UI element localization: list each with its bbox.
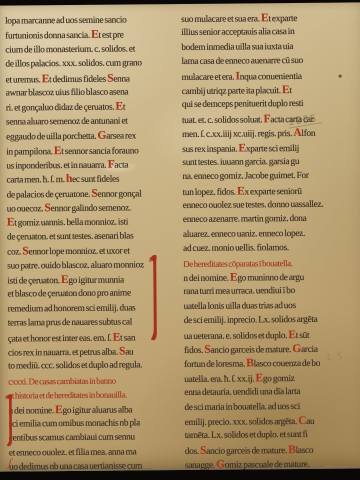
- rubricated-text: E: [54, 145, 61, 157]
- ink-text: in pampilona.: [6, 147, 54, 157]
- manuscript-text-line: centibus scamus cambiaui cum sennu: [9, 430, 174, 446]
- manuscript-text-line: uo dedimus nb una casa uertianisse cum: [9, 459, 174, 475]
- ink-text: fortun de loresma.: [184, 360, 246, 371]
- rubricated-text: E: [288, 329, 295, 341]
- rubricated-text: G: [216, 459, 225, 471]
- manuscript-text-line: remedium ad honorem sci emilij. duas: [8, 301, 173, 317]
- ink-text: men. ſ. c.xx.iiij xc.uiij. regis. pris.: [182, 129, 293, 140]
- ink-text: dos.: [185, 447, 200, 457]
- ink-text: t: [123, 103, 125, 113]
- ink-text: et blasco de çeruaton dono pro anime: [7, 289, 130, 300]
- ink-text: awnar blascoz uius filio blasco asena: [6, 87, 129, 98]
- ink-text: et uremus.: [6, 75, 42, 85]
- ink-text: lasco couenza de bo: [254, 359, 321, 370]
- rubricated-text: E: [238, 142, 245, 154]
- ink-text: aluarez. enneco uaniz. enneco lopez.: [183, 229, 305, 240]
- ink-text: t san: [120, 333, 135, 343]
- rubricated-text: C: [298, 415, 306, 427]
- ink-text: suo patre. ouido blascoz. aluaro monnioz: [7, 260, 144, 271]
- rubricated-text: G: [292, 343, 301, 355]
- ink-text: sanagge.: [185, 461, 216, 471]
- ink-text: ua ueterana. e. solidos et duplo.: [184, 331, 289, 342]
- manuscript-text-line: et blasco de çeruaton dono pro anime: [7, 286, 172, 302]
- manuscript-text-line: tamēta. Lx. solidos et duplo. et sunt fi: [185, 428, 350, 444]
- ink-text: go muninno de argu: [237, 273, 304, 284]
- ink-text: isti de çeruaton.: [7, 276, 61, 286]
- manuscript-text-line: eggaudo de uilla porchetta. Garsea rex: [6, 128, 171, 144]
- ink-text: nqua conuenientia: [240, 72, 302, 83]
- rubricated-text: E: [115, 101, 122, 113]
- manuscript-text-line: uo ouecoz. Sennor galindo semenoz.: [7, 200, 172, 216]
- manuscript-text-line: de sci maria in bouatella. ad uos sci: [184, 399, 349, 415]
- manuscript-text-line: uatella. era. ħ. ſ. xx.ij. Ego gomiz: [184, 370, 349, 386]
- ink-text: ancio garceis de mature.: [206, 446, 288, 457]
- ink-text: emilij. precio. xxx. solidos argēta.: [185, 417, 299, 428]
- text-column-left: lopa marcanne ad uos semine sanciofurtun…: [5, 13, 174, 475]
- ink-text: tuat. et. c. solidos soluat.: [182, 115, 264, 126]
- manuscript-text-line: et historia et de hereditates in bonauil…: [8, 387, 173, 403]
- ink-text: t dedimus fideles: [49, 74, 107, 85]
- ink-text: xparte sci emilij: [246, 143, 299, 153]
- rubricated-text: E: [42, 73, 49, 85]
- ink-text: carta men. ħ. ſ. m.: [6, 175, 66, 186]
- ink-text: sus rex inspania.: [182, 144, 238, 154]
- manuscript-text-line: enneco ouolez sue testes. donno uassalle…: [183, 198, 348, 214]
- ink-text: omiz pascuale de mature.: [225, 460, 310, 471]
- manuscript-text-line: bodem inmedia uilla sua iuxta uia: [181, 39, 346, 55]
- manuscript-text-line: çata et honor est inter eas. em. ſ. Et s…: [8, 330, 173, 346]
- rubricated-text: cxxxi. De casas cambiatas in banno: [8, 375, 116, 386]
- manuscript-text-line: awnar blascoz uius filio blasco asena: [6, 85, 171, 101]
- manuscript-text-line: cambij utriqz parte ita placuit. Et: [182, 83, 347, 99]
- manuscript-photo: lopa marcanne ad uos semine sanciofurtun…: [0, 0, 360, 480]
- ink-text: enna: [113, 74, 129, 84]
- ink-text: illius senior acceptauis alia casa in: [181, 27, 294, 38]
- ink-text: furtunionis donna sancia.: [5, 31, 91, 42]
- rubricated-text: E: [61, 274, 68, 286]
- ink-text: go igitur aluarus alba: [62, 405, 132, 416]
- ink-text: enneco ouolez sue testes. donno uassalle…: [183, 200, 324, 211]
- manuscript-text-line: fortun de loresma. Blasco couenza de bo: [184, 356, 349, 372]
- ink-text: t sūt: [296, 330, 310, 340]
- ink-text: de sci maria in bouatella. ad uos sci: [184, 402, 300, 413]
- rubricated-text: E: [255, 372, 262, 384]
- manuscript-text-line: sunt testes. iuuann garcia. garsia gu: [182, 154, 347, 170]
- manuscript-text-line: terras lama prus de nauares subtus cal: [8, 315, 173, 331]
- manuscript-text-line: de sci emilij. inprecio. Lx. solidos arg…: [184, 313, 349, 329]
- ink-text: t exparte: [268, 14, 297, 24]
- ink-text: arcia: [301, 345, 318, 355]
- manuscript-text-line: lopa marcanne ad uos semine sancio: [5, 13, 170, 29]
- manuscript-text-line: Et gomiz uannis. bella monnioz. isti: [7, 215, 172, 231]
- ink-text: ad cuez. monio uellis. fiolamos.: [183, 243, 289, 254]
- ink-text: cium de illo monasterium. c. solidos. et: [5, 44, 135, 55]
- manuscript-text-line: cium de illo monasterium. c. solidos. et: [5, 42, 170, 58]
- manuscript-text-line: et uremus. Et dedimus fideles Senna: [6, 71, 171, 87]
- rubricated-text: G: [97, 130, 106, 142]
- manuscript-text-line: emilij. precio. xxx. solidos argēta. Cau: [185, 413, 350, 429]
- ink-text: qui se demceps penituerit duplo resti: [182, 99, 304, 110]
- manuscript-text-line: de palacios de çeruatone. Sennor gonçal: [7, 186, 172, 202]
- manuscript-text-line: qui se demceps penituerit duplo resti: [182, 97, 347, 113]
- manuscript-text-line: fidos. Sancio garceis de mature. Garcia: [184, 342, 349, 358]
- manuscript-text-line: lama casa de enneco auenarre cū suo: [181, 54, 346, 70]
- ink-text: rana turri mea urraca. uendiui ī bo: [183, 286, 295, 297]
- manuscript-text-line: et enneco ouolez. et filia mea. anna ma: [9, 445, 174, 461]
- ink-text: cios rex in nauarra. et petrus alba.: [8, 348, 119, 359]
- ink-text: de palacios de çeruatone.: [7, 189, 92, 200]
- ink-text: cambij utriqz parte ita placuit.: [182, 86, 282, 97]
- manuscript-text-line: isti de çeruaton. Ego igitur munnia: [7, 272, 172, 288]
- manuscript-text-line: furtunionis donna sancia. Et est pre: [5, 27, 170, 43]
- manuscript-text-line: cxxxi. De casas cambiatas in banno: [8, 373, 173, 389]
- ink-text: lopa marcanne ad uos semine sancio: [5, 15, 126, 26]
- manuscript-text-line: suo patre. ouido blascoz. aluaro monnioz: [7, 258, 172, 274]
- ink-text: çata et honor est inter eas. em. ſ.: [8, 333, 113, 344]
- manuscript-text-line: ri. et gonçaluo didaz de çeruatos. Et: [6, 99, 171, 115]
- ink-text: ancio garceis de mature.: [210, 345, 292, 356]
- manuscript-text-line: senna aluaro semenoz de antunani et: [6, 114, 171, 130]
- manuscript-text-line: ad cuez. monio uellis. fiolamos.: [183, 241, 348, 257]
- ink-text: x exparte seniorū: [244, 187, 301, 197]
- ink-text: terras lama prus de nauares subtus cal: [8, 318, 132, 329]
- ink-text: suo mulacare et sua era.: [181, 14, 261, 25]
- ink-text: mulacare et era.: [182, 72, 236, 82]
- ink-text: n dei nomine.: [183, 274, 230, 284]
- ink-text: remedium ad honorem sci emilij. duas: [8, 303, 136, 314]
- ink-text: uatella. era. ħ. ſ. xx.ij.: [184, 374, 255, 385]
- parchment-page: lopa marcanne ad uos semine sanciofurtun…: [0, 2, 360, 471]
- ink-text: fidos.: [184, 346, 204, 356]
- manuscript-text-line: men. ſ. c.xx.iiij xc.uiij. regis. pris. …: [182, 126, 347, 142]
- ink-text: t: [289, 86, 291, 96]
- manuscript-text-line: na. enneco gomiz. Jacobe guimet. For: [182, 169, 347, 185]
- manuscript-text-line: illius senior acceptauis alia casa in: [181, 25, 346, 41]
- ink-text: tun lopez. fidos.: [183, 187, 238, 197]
- manuscript-text-line: De hereditates cōparatas ī bouatella.: [183, 255, 348, 271]
- ink-text: enneco azenarre. martin gomiz. dona: [183, 214, 307, 225]
- manuscript-text-line: tuat. et. c. solidos soluat. Facta carta…: [182, 111, 347, 127]
- pencil-margin-note: 1·5: [326, 352, 344, 364]
- manuscript-text-line: sanagge. Gomiz pascuale de mature.: [185, 457, 350, 473]
- ink-text: acta: [114, 160, 128, 170]
- manuscript-text-line: tun lopez. fidos. Ex exparte seniorū: [183, 183, 348, 199]
- manuscript-text-line: n dei nomine. Ego muninno de argu: [183, 270, 348, 286]
- ink-text: arsea rex: [106, 132, 136, 142]
- manuscript-text-line: enneco azenarre. martin gomiz. dona: [183, 212, 348, 228]
- ink-text: go igitur munnia: [68, 276, 124, 286]
- manuscript-text-line: uatella lonis uilla duas trias ad uos: [184, 298, 349, 314]
- ink-text: to mediū. ccc. solidos et duplo ad regul…: [8, 361, 142, 372]
- ink-text: eggaudo de uilla porchetta.: [6, 132, 97, 143]
- manuscript-text-line: cios rex in nauarra. et petrus alba. Sau: [8, 344, 173, 360]
- ink-text: na. enneco gomiz. Jacobe guimet. For: [182, 171, 308, 182]
- manuscript-text-line: in pampilona. Et sennor sancia forauno: [6, 143, 171, 159]
- rubricated-text: B: [246, 358, 253, 370]
- ink-text: sunt testes. iuuann garcia. garsia gu: [182, 157, 299, 168]
- ink-text: au: [306, 417, 314, 427]
- ink-text: uo dedimus nb una casa uertianisse cum: [9, 461, 142, 472]
- ink-text: et enneco ouolez. et filia mea. anna ma: [9, 447, 137, 458]
- ink-text: t gomiz uannis. bella monnioz. isti: [14, 218, 128, 229]
- ink-text: uatella lonis uilla duas trias ad uos: [184, 301, 296, 312]
- rubricated-text: E: [237, 185, 244, 197]
- ink-text: de illos palacios. xxx. solidos. cum gra…: [5, 59, 141, 70]
- rubricated-text: B: [288, 444, 295, 456]
- ink-text: ennor gonçal: [97, 189, 141, 199]
- ink-text: lasco: [296, 446, 314, 456]
- ink-text: centibus scamus cambiaui cum sennu: [9, 433, 135, 444]
- manuscript-text-line: coz. Sennor lope monnioz. et uxor et: [7, 243, 172, 259]
- manuscript-text-line: de illos palacios. xxx. solidos. cum gra…: [5, 56, 170, 72]
- ink-text: de çeruaton. et sunt testes. asenari bla…: [7, 231, 134, 242]
- ink-text: t est pre: [98, 31, 123, 41]
- manuscript-text-line: suo mulacare et sua era. Et exparte: [181, 11, 346, 27]
- ink-text: bodem inmedia uilla sua iuxta uia: [181, 42, 293, 53]
- ink-text: ri. et gonçaluo didaz de çeruatos.: [6, 103, 116, 114]
- rubricated-text: et historia et de hereditates in bonauil…: [8, 390, 127, 401]
- ink-text: lama casa de enneco auenarre cū suo: [181, 56, 303, 67]
- ink-text: enna detauria. uendidi una dīa larta: [184, 387, 300, 398]
- manuscript-text-line: ua ueterana. e. solidos et duplo. Et sūt: [184, 327, 349, 343]
- ink-text: ec sunt fideles: [72, 175, 119, 185]
- rubricated-text: E: [55, 404, 62, 416]
- ink-text: sci emilia cum omibus monachis nb pla: [9, 418, 140, 429]
- manuscript-text-line: aluarez. enneco uaniz. enneco lopez.: [183, 226, 348, 242]
- rubricated-text: E: [282, 84, 289, 96]
- rubricated-text: De hereditates cōparatas ī bouatella.: [183, 258, 292, 269]
- manuscript-text-line: carta men. ħ. ſ. m. hec sunt fideles: [6, 171, 171, 187]
- manuscript-text-line: to mediū. ccc. solidos et duplo ad regul…: [8, 358, 173, 374]
- ink-text: coz.: [7, 248, 22, 258]
- ink-text: us inponderibus. et in nauarra.: [6, 161, 107, 172]
- ink-text: t sennor sancia forauno: [61, 146, 138, 157]
- ink-text: lfon: [301, 129, 315, 139]
- ink-text: ennor galindo semenoz.: [51, 204, 131, 215]
- ink-text: n dei nomine.: [8, 406, 55, 416]
- manuscript-text-line: us inponderibus. et in nauarra. Facta: [6, 157, 171, 173]
- ink-text: go gomiz: [263, 374, 295, 384]
- rubricated-text: E: [230, 272, 237, 284]
- ink-text: tamēta. Lx. solidos et duplo. et sunt fi: [185, 430, 308, 441]
- manuscript-text-line: rana turri mea urraca. uendiui ī bo: [183, 284, 348, 300]
- manuscript-text-line: sus rex inspania. Exparte sci emilij: [182, 140, 347, 156]
- ink-text: uo ouecoz.: [7, 204, 45, 214]
- ink-text: au: [125, 347, 133, 357]
- manuscript-text-line: n dei nomine. Ego igitur aluarus alba: [8, 402, 173, 418]
- manuscript-text-line: de çeruaton. et sunt testes. asenari bla…: [7, 229, 172, 245]
- manuscript-text-line: dos. Sancio garceis de mature. Blasco: [185, 442, 350, 458]
- manuscript-text-line: enna detauria. uendidi una dīa larta: [184, 385, 349, 401]
- ink-text: de sci emilij. inprecio. Lx. solidos arg…: [184, 315, 318, 326]
- manuscript-text-line: sci emilia cum omibus monachis nb pla: [9, 416, 174, 432]
- manuscript-text-line: mulacare et era. Inqua conuenientia: [182, 68, 347, 84]
- ink-text: senna aluaro semenoz de antunani et: [6, 116, 128, 127]
- ink-text: ennor lope monnioz. et uxor et: [28, 247, 129, 258]
- text-column-right: suo mulacare et sua era. Et exparteilliu…: [181, 11, 350, 473]
